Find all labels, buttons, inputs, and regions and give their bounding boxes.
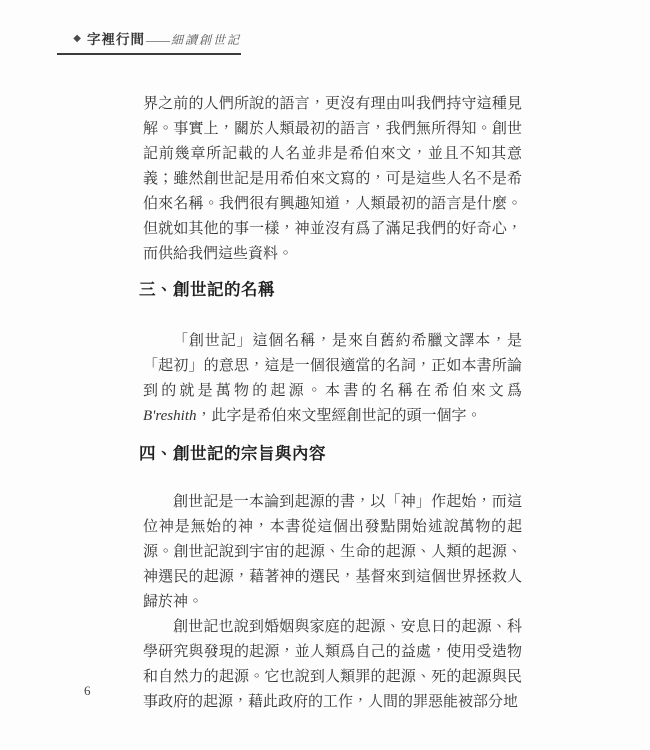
paragraph-purpose-1: 創世記是一本論到起源的書，以「神」作起始，而這位神是無始的神，本書從這個出發點開… xyxy=(143,490,522,615)
section-heading-3: 三、創世記的名稱 xyxy=(139,281,522,299)
running-head: ◆ 字裡行間 —— 細讀創世記 xyxy=(57,28,241,55)
title-separator-dash: —— xyxy=(146,33,170,48)
paragraph-2-post: ，此字是希伯來文聖經創世記的頭一個字。 xyxy=(196,408,481,424)
page-number: 6 xyxy=(84,683,91,699)
paragraph-continuation: 界之前的人們所說的語言，更沒有理由叫我們持守這種見解。事實上，關於人類最初的語言… xyxy=(143,92,522,267)
book-title: 細讀創世記 xyxy=(171,31,241,48)
body-text-block: 界之前的人們所說的語言，更沒有理由叫我們持守這種見解。事實上，關於人類最初的語言… xyxy=(143,92,522,715)
book-page: ◆ 字裡行間 —— 細讀創世記 界之前的人們所說的語言，更沒有理由叫我們持守這種… xyxy=(0,0,650,750)
diamond-icon: ◆ xyxy=(73,33,81,44)
series-title: 字裡行間 xyxy=(87,28,145,48)
section-heading-4: 四、創世記的宗旨與內容 xyxy=(139,445,522,463)
paragraph-2-pre: 「創世記」這個名稱，是來自舊約希臘文譯本，是「起初」的意思，這是一個很適當的名詞… xyxy=(143,333,522,399)
hebrew-transliteration: B'reshith xyxy=(143,408,196,424)
paragraph-name-of-genesis: 「創世記」這個名稱，是來自舊約希臘文譯本，是「起初」的意思，這是一個很適當的名詞… xyxy=(143,329,522,429)
paragraph-purpose-2: 創世記也說到婚姻與家庭的起源、安息日的起源、科學研究與發現的起源，並人類爲自己的… xyxy=(143,615,522,715)
